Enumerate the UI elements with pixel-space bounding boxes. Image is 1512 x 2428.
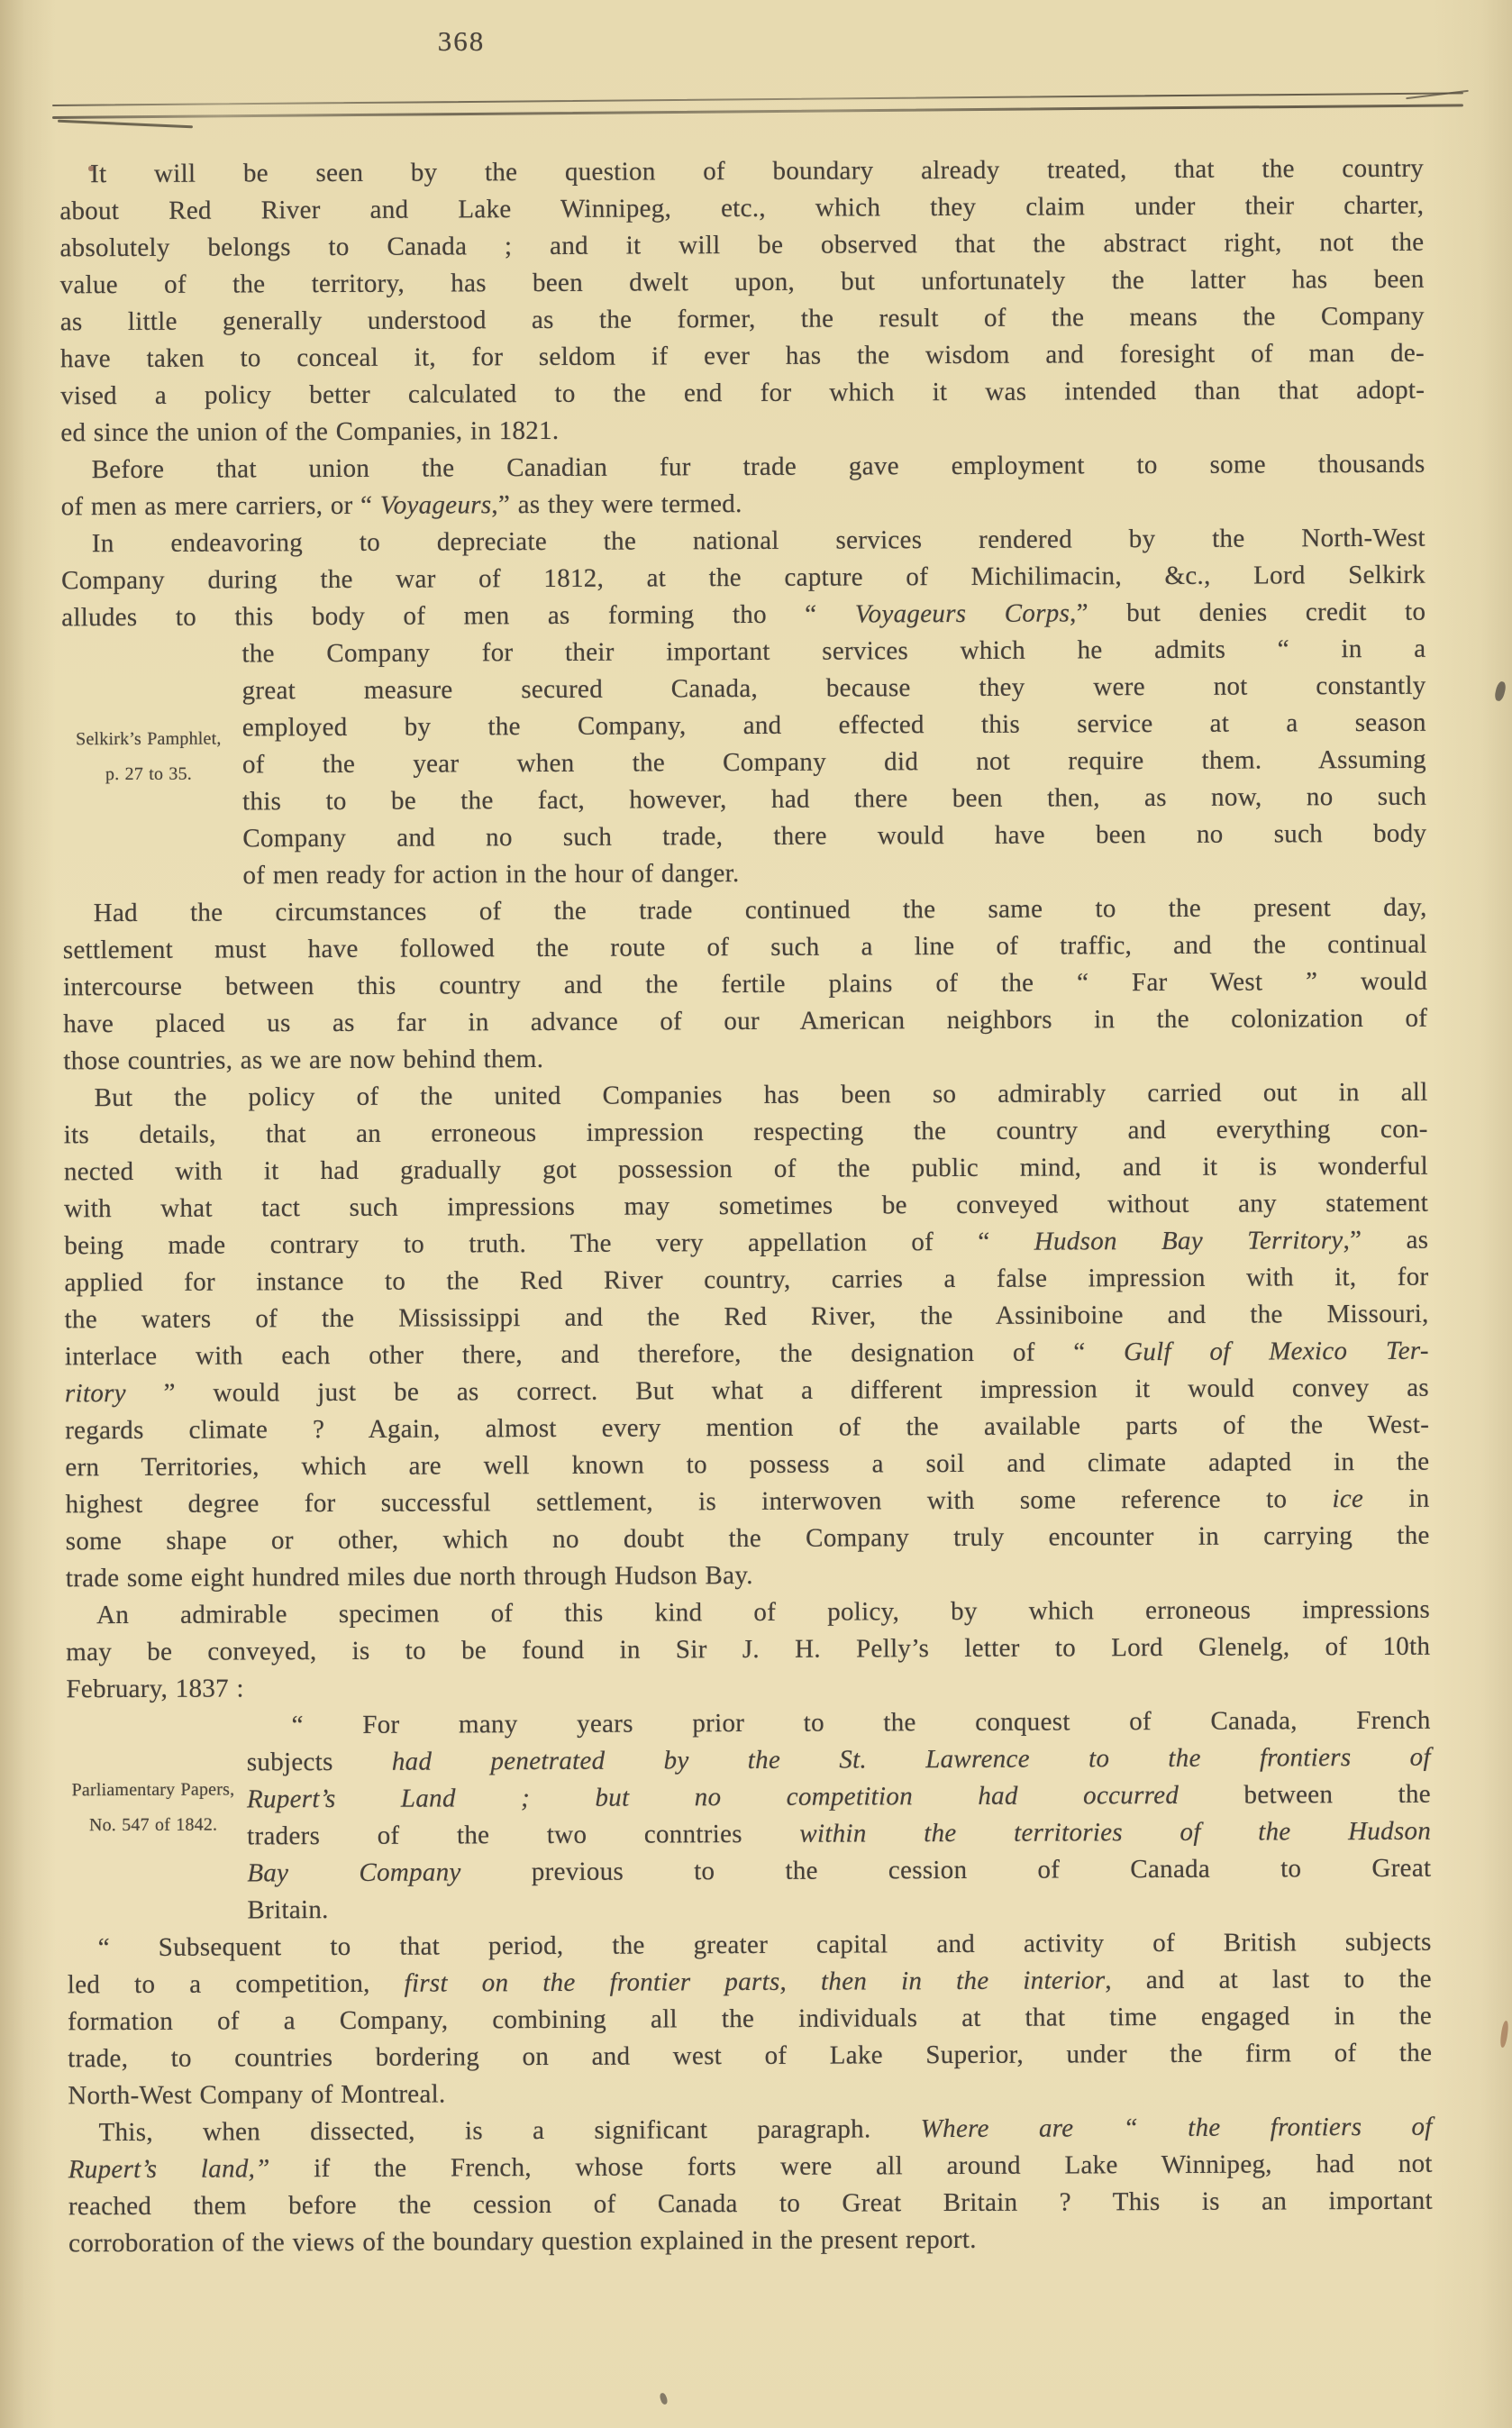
text-line: formation of a Company, combining all th…	[68, 1998, 1432, 2041]
text-line: Britain.	[247, 1887, 1431, 1930]
text-line: This, when dissected, is a significant p…	[68, 2109, 1432, 2152]
text-segment: ” would just be as correct. But what a d…	[126, 1374, 1429, 1408]
text-segment: its details, that an erroneous impressio…	[64, 1115, 1428, 1150]
paragraph-3-intro: In endeavoring to depreciate the nationa…	[61, 520, 1426, 637]
text-line: Rupert’s land,” if the French, whose for…	[68, 2146, 1433, 2189]
ink-speck	[1493, 680, 1507, 702]
paragraph-2: Before that union the Canadian fur trade…	[60, 446, 1425, 526]
italic-text: Voyageurs	[380, 490, 492, 520]
text-line: being made contrary to truth. The very a…	[64, 1222, 1428, 1265]
text-segment: nected with it had gradually got possess…	[64, 1152, 1428, 1187]
margin-note-line: No. 547 of 1842.	[61, 1807, 245, 1843]
text-line: “ Subsequent to that period, the greater…	[68, 1924, 1432, 1967]
text-segment: ern Territories, which are well known to…	[65, 1447, 1429, 1483]
italic-text: Voyageurs Corps	[855, 598, 1070, 628]
text-segment: It will be seen by the question of bound…	[90, 154, 1424, 188]
text-segment: of men ready for action in the hour of d…	[242, 859, 739, 890]
rule-flourish-left	[58, 120, 193, 129]
text-column: It will be seen by the question of bound…	[59, 151, 1433, 2263]
paragraph-8: “ Subsequent to that period, the greater…	[68, 1924, 1433, 2115]
text-line: nected with it had gradually got possess…	[64, 1148, 1428, 1191]
text-segment: An admirable specimen of this kind of po…	[96, 1595, 1430, 1629]
rule-flourish-right	[1406, 90, 1469, 100]
text-line: North-West Company of Montreal.	[68, 2072, 1432, 2115]
italic-text: ice	[1332, 1484, 1363, 1513]
text-segment: This, when dissected, is a significant p…	[99, 2114, 921, 2147]
ink-speck	[659, 2392, 669, 2405]
text-segment: Company and no such trade, there would h…	[242, 819, 1426, 853]
text-line: great measure secured Canada, because th…	[242, 668, 1426, 710]
text-line: those countries, as we are now behind th…	[63, 1037, 1427, 1081]
text-segment: absolutely belongs to Canada ; and it wi…	[59, 228, 1424, 263]
text-line: It will be seen by the question of bound…	[59, 151, 1424, 194]
text-segment: of the year when the Company did not req…	[242, 745, 1426, 780]
text-segment: being made contrary to truth. The very a…	[64, 1228, 1034, 1261]
text-line: regards climate ? Again, almost every me…	[65, 1407, 1429, 1450]
text-segment: February, 1837 :	[66, 1674, 244, 1703]
text-line: alludes to this body of men as forming t…	[61, 594, 1425, 637]
text-segment: In endeavoring to depreciate the nationa…	[92, 524, 1425, 558]
text-segment: may be conveyed, is to be found in Sir J…	[66, 1632, 1430, 1667]
text-line: have taken to conceal it, for seldom if …	[60, 335, 1425, 379]
text-line: settlement must have followed the route …	[63, 926, 1427, 970]
text-line: applied for instance to the Red River co…	[64, 1259, 1428, 1302]
text-line: some shape or other, which no doubt the …	[66, 1518, 1430, 1561]
text-line: value of the territory, has been dwelt u…	[60, 261, 1425, 305]
text-segment: Britain.	[247, 1895, 328, 1924]
margin-note: Selkirk’s Pamphlet,p. 27 to 35.	[57, 721, 241, 792]
text-line: employed by the Company, and effected th…	[242, 705, 1426, 747]
text-segment: of men as mere carriers, or “	[61, 491, 380, 522]
italic-text: ritory	[65, 1379, 126, 1408]
margin-note: Parliamentary Papers,No. 547 of 1842.	[61, 1772, 245, 1843]
italic-text: Gulf of Mexico Ter-	[1124, 1337, 1429, 1366]
text-line: of men as mere carriers, or “ Voyageurs,…	[61, 483, 1425, 526]
text-segment: with what tact such impressions may some…	[64, 1189, 1428, 1224]
text-segment: ,” as	[1343, 1226, 1429, 1255]
text-segment: regards climate ? Again, almost every me…	[65, 1410, 1429, 1446]
text-segment: previous to the cession of Canada to Gre…	[461, 1854, 1432, 1887]
text-segment: have placed us as far in advance of our …	[63, 1004, 1427, 1039]
italic-text: Rupert’s Land ; but no competition had o…	[247, 1781, 1179, 1814]
ink-speck	[460, 395, 464, 399]
margin-note-line: Parliamentary Papers,	[61, 1772, 245, 1808]
text-line: subjects had penetrated by the St. Lawre…	[247, 1739, 1431, 1782]
text-line: interlace with each other there, and the…	[65, 1333, 1429, 1376]
text-segment: those countries, as we are now behind th…	[63, 1045, 543, 1075]
text-segment: applied for instance to the Red River co…	[64, 1263, 1428, 1298]
text-segment: great measure secured Canada, because th…	[242, 671, 1426, 706]
italic-text: first on the frontier parts, then in the…	[405, 1966, 1106, 1997]
text-line: Company and no such trade, there would h…	[242, 816, 1426, 858]
text-segment: Had the circumstances of the trade conti…	[94, 893, 1427, 927]
italic-text: Rupert’s land,”	[68, 2154, 270, 2184]
text-line: traders of the two conntries within the …	[247, 1813, 1431, 1856]
paragraph-1: It will be seen by the question of bound…	[59, 151, 1425, 452]
text-segment: corroboration of the views of the bounda…	[68, 2225, 977, 2258]
text-segment: formation of a Company, combining all th…	[68, 2002, 1432, 2037]
header-rule-bottom	[52, 104, 1463, 119]
paragraph-5: But the policy of the united Companies h…	[63, 1074, 1429, 1598]
text-segment: value of the territory, has been dwelt u…	[60, 265, 1425, 300]
text-segment: vised a policy better calculated to the …	[60, 376, 1425, 411]
book-page: 368 It will be seen by the question of b…	[0, 0, 1512, 2428]
text-line: have placed us as far in advance of our …	[63, 1000, 1427, 1044]
selkirk-extract: Selkirk’s Pamphlet,p. 27 to 35.the Compa…	[241, 631, 1426, 895]
text-segment: about Red River and Lake Winnipeg, etc.,…	[59, 191, 1424, 226]
text-segment: Before that union the Canadian fur trade…	[91, 450, 1425, 484]
text-segment: in	[1363, 1484, 1429, 1513]
paragraph-6: An admirable specimen of this kind of po…	[66, 1592, 1431, 1709]
text-line: Had the circumstances of the trade conti…	[63, 890, 1427, 933]
italic-text: Where are “ the frontiers of	[921, 2113, 1433, 2143]
margin-note-line: Selkirk’s Pamphlet,	[57, 721, 241, 757]
text-line: about Red River and Lake Winnipeg, etc.,…	[59, 187, 1424, 231]
text-line: led to a competition, first on the front…	[68, 1961, 1432, 2004]
text-segment: the waters of the Mississippi and the Re…	[65, 1300, 1429, 1335]
text-segment: trade, to countries bordering on and wes…	[68, 2039, 1432, 2074]
text-line: with what tact such impressions may some…	[64, 1185, 1428, 1228]
text-segment: trade some eight hundred miles due north…	[66, 1561, 753, 1593]
text-segment: Company during the war of 1812, at the c…	[61, 561, 1425, 596]
paragraph-9: This, when dissected, is a significant p…	[68, 2109, 1433, 2263]
text-line: trade, to countries bordering on and wes…	[68, 2035, 1432, 2078]
text-line: absolutely belongs to Canada ; and it wi…	[59, 224, 1424, 268]
text-segment: ,” as they were termed.	[491, 489, 742, 519]
text-segment: have taken to conceal it, for seldom if …	[60, 339, 1425, 374]
text-line: reached them before the cession of Canad…	[68, 2183, 1433, 2226]
text-segment: ,” but denies credit to	[1070, 598, 1425, 628]
italic-text: had penetrated by the St. Lawrence to th…	[392, 1743, 1431, 1776]
text-line: corroboration of the views of the bounda…	[68, 2220, 1433, 2263]
ink-speck	[88, 166, 94, 171]
text-segment: settlement must have followed the route …	[63, 930, 1427, 965]
text-line: Company during the war of 1812, at the c…	[61, 557, 1425, 600]
text-segment: subjects	[247, 1748, 392, 1777]
italic-text: Bay Company	[247, 1858, 460, 1887]
text-line: its details, that an erroneous impressio…	[64, 1111, 1428, 1155]
text-segment: But the policy of the united Companies h…	[94, 1078, 1427, 1112]
text-segment: highest degree for successful settlement…	[65, 1484, 1332, 1519]
text-segment: , and at last to the	[1105, 1965, 1432, 1995]
text-line: intercourse between this country and the…	[63, 963, 1427, 1007]
text-line: vised a policy better calculated to the …	[60, 372, 1425, 415]
text-line: In endeavoring to depreciate the nationa…	[61, 520, 1425, 563]
page-number: 368	[407, 25, 515, 58]
text-line: highest degree for successful settlement…	[65, 1481, 1429, 1524]
text-segment: traders of the two conntries	[247, 1820, 799, 1851]
italic-text: Hudson Bay Territory	[1034, 1226, 1343, 1255]
text-line: “ For many years prior to the conquest o…	[247, 1702, 1431, 1745]
text-segment: “ For many years prior to the conquest o…	[292, 1706, 1431, 1740]
text-line: February, 1837 :	[66, 1666, 1430, 1709]
text-line: Rupert’s Land ; but no competition had o…	[247, 1776, 1431, 1819]
text-line: Bay Company previous to the cession of C…	[247, 1850, 1431, 1893]
text-line: An admirable specimen of this kind of po…	[66, 1592, 1430, 1635]
text-line: ed since the union of the Companies, in …	[60, 409, 1425, 452]
text-segment: “ Subsequent to that period, the greater…	[98, 1928, 1432, 1962]
text-line: trade some eight hundred miles due north…	[66, 1555, 1430, 1598]
text-segment: North-West Company of Montreal.	[68, 2079, 445, 2110]
text-segment: interlace with each other there, and the…	[65, 1337, 1124, 1371]
text-segment: as little generally understood as the fo…	[60, 302, 1425, 337]
italic-text: within the territories of the Hudson	[799, 1817, 1431, 1848]
text-segment: employed by the Company, and effected th…	[242, 708, 1426, 743]
text-segment: led to a competition,	[68, 1969, 405, 2000]
text-line: may be conveyed, is to be found in Sir J…	[66, 1629, 1430, 1672]
ink-speck	[1499, 2021, 1509, 2049]
text-line: But the policy of the united Companies h…	[63, 1074, 1427, 1118]
text-segment: ed since the union of the Companies, in …	[60, 416, 559, 447]
text-line: Before that union the Canadian fur trade…	[60, 446, 1425, 489]
text-line: the Company for their important services…	[241, 631, 1425, 673]
pelly-quote: Parliamentary Papers,No. 547 of 1842.“ F…	[247, 1702, 1432, 1930]
text-line: the waters of the Mississippi and the Re…	[65, 1296, 1429, 1339]
text-line: ritory ” would just be as correct. But w…	[65, 1370, 1429, 1413]
text-segment: alludes to this body of men as forming t…	[61, 599, 855, 632]
text-segment: the Company for their important services…	[241, 634, 1425, 669]
text-segment: between the	[1179, 1780, 1431, 1810]
text-segment: some shape or other, which no doubt the …	[66, 1521, 1430, 1556]
text-segment: this to be the fact, however, had there …	[242, 782, 1426, 817]
text-line: ern Territories, which are well known to…	[65, 1444, 1429, 1487]
text-line: of the year when the Company did not req…	[242, 742, 1426, 784]
text-segment: intercourse between this country and the…	[63, 967, 1427, 1002]
paragraph-4: Had the circumstances of the trade conti…	[63, 890, 1428, 1081]
text-line: as little generally understood as the fo…	[60, 298, 1425, 342]
header-rule-top	[52, 92, 1463, 106]
text-line: of men ready for action in the hour of d…	[242, 853, 1426, 895]
text-segment: if the French, whose forts were all arou…	[270, 2150, 1433, 2184]
text-segment: reached them before the cession of Canad…	[68, 2186, 1433, 2222]
text-line: this to be the fact, however, had there …	[242, 779, 1426, 821]
margin-note-line: p. 27 to 35.	[57, 756, 241, 792]
